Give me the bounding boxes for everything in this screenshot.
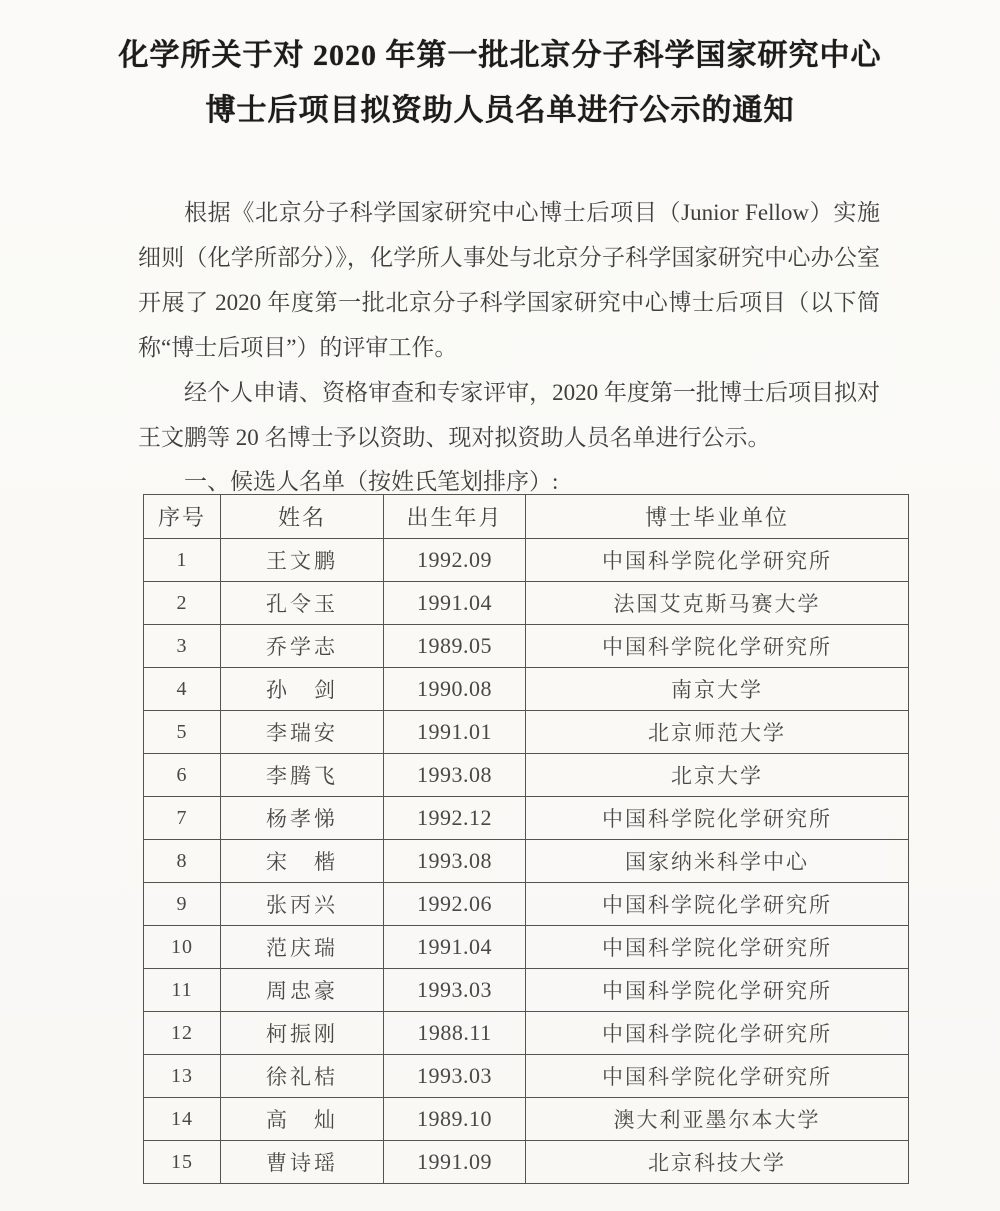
candidate-name: 徐礼桔 — [221, 1055, 384, 1098]
phd-institution: 中国科学院化学研究所 — [526, 883, 909, 926]
candidate-name: 张丙兴 — [221, 883, 384, 926]
birth-date: 1991.09 — [384, 1141, 526, 1184]
row-index: 9 — [144, 883, 221, 926]
document-body: 根据《北京分子科学国家研究中心博士后项目（Junior Fellow）实施细则（… — [138, 190, 880, 504]
row-index: 5 — [144, 711, 221, 754]
phd-institution: 中国科学院化学研究所 — [526, 539, 909, 582]
candidate-name: 周忠豪 — [221, 969, 384, 1012]
table-row: 8宋 楷1993.08国家纳米科学中心 — [144, 840, 909, 883]
birth-date: 1993.03 — [384, 1055, 526, 1098]
table-row: 6李腾飞1993.08北京大学 — [144, 754, 909, 797]
column-header-candidate-name: 姓名 — [221, 495, 384, 539]
phd-institution: 中国科学院化学研究所 — [526, 926, 909, 969]
phd-institution: 北京科技大学 — [526, 1141, 909, 1184]
birth-date: 1991.01 — [384, 711, 526, 754]
row-index: 15 — [144, 1141, 221, 1184]
title-line-1: 化学所关于对 2020 年第一批北京分子科学国家研究中心 — [119, 39, 882, 72]
table-row: 9张丙兴1992.06中国科学院化学研究所 — [144, 883, 909, 926]
title-line-2: 博士后项目拟资助人员名单进行公示的通知 — [206, 94, 795, 127]
row-index: 2 — [144, 582, 221, 625]
table-row: 12柯振刚1988.11中国科学院化学研究所 — [144, 1012, 909, 1055]
table-row: 2孔令玉1991.04法国艾克斯马赛大学 — [144, 582, 909, 625]
candidate-name: 范庆瑞 — [221, 926, 384, 969]
phd-institution: 中国科学院化学研究所 — [526, 1012, 909, 1055]
row-index: 13 — [144, 1055, 221, 1098]
column-header-phd-institution: 博士毕业单位 — [526, 495, 909, 539]
paragraph-basis: 根据《北京分子科学国家研究中心博士后项目（Junior Fellow）实施细则（… — [138, 190, 880, 370]
table-row: 1王文鹏1992.09中国科学院化学研究所 — [144, 539, 909, 582]
phd-institution: 中国科学院化学研究所 — [526, 625, 909, 668]
document-title: 化学所关于对 2020 年第一批北京分子科学国家研究中心 博士后项目拟资助人员名… — [0, 28, 1000, 138]
scanned-document-page: 化学所关于对 2020 年第一批北京分子科学国家研究中心 博士后项目拟资助人员名… — [0, 0, 1000, 1211]
table-header: 序号姓名出生年月博士毕业单位 — [144, 495, 909, 539]
birth-date: 1989.10 — [384, 1098, 526, 1141]
row-index: 1 — [144, 539, 221, 582]
birth-date: 1993.08 — [384, 840, 526, 883]
row-index: 6 — [144, 754, 221, 797]
table-header-row: 序号姓名出生年月博士毕业单位 — [144, 495, 909, 539]
phd-institution: 国家纳米科学中心 — [526, 840, 909, 883]
birth-date: 1991.04 — [384, 926, 526, 969]
table-row: 13徐礼桔1993.03中国科学院化学研究所 — [144, 1055, 909, 1098]
candidate-name: 李瑞安 — [221, 711, 384, 754]
phd-institution: 北京师范大学 — [526, 711, 909, 754]
candidate-name: 孔令玉 — [221, 582, 384, 625]
phd-institution: 中国科学院化学研究所 — [526, 969, 909, 1012]
phd-institution: 中国科学院化学研究所 — [526, 1055, 909, 1098]
table-row: 14高 灿1989.10澳大利亚墨尔本大学 — [144, 1098, 909, 1141]
row-index: 7 — [144, 797, 221, 840]
phd-institution: 法国艾克斯马赛大学 — [526, 582, 909, 625]
table-row: 5李瑞安1991.01北京师范大学 — [144, 711, 909, 754]
phd-institution: 北京大学 — [526, 754, 909, 797]
birth-date: 1991.04 — [384, 582, 526, 625]
birth-date: 1990.08 — [384, 668, 526, 711]
candidate-name: 高 灿 — [221, 1098, 384, 1141]
table-row: 3乔学志1989.05中国科学院化学研究所 — [144, 625, 909, 668]
birth-date: 1992.12 — [384, 797, 526, 840]
birth-date: 1992.09 — [384, 539, 526, 582]
candidates-table: 序号姓名出生年月博士毕业单位 1王文鹏1992.09中国科学院化学研究所2孔令玉… — [143, 494, 909, 1184]
row-index: 4 — [144, 668, 221, 711]
row-index: 8 — [144, 840, 221, 883]
column-header-birth-date: 出生年月 — [384, 495, 526, 539]
column-header-row-index: 序号 — [144, 495, 221, 539]
birth-date: 1993.08 — [384, 754, 526, 797]
candidate-name: 李腾飞 — [221, 754, 384, 797]
table-body: 1王文鹏1992.09中国科学院化学研究所2孔令玉1991.04法国艾克斯马赛大… — [144, 539, 909, 1184]
birth-date: 1988.11 — [384, 1012, 526, 1055]
candidate-name: 王文鹏 — [221, 539, 384, 582]
row-index: 3 — [144, 625, 221, 668]
table-row: 10范庆瑞1991.04中国科学院化学研究所 — [144, 926, 909, 969]
row-index: 12 — [144, 1012, 221, 1055]
row-index: 14 — [144, 1098, 221, 1141]
birth-date: 1993.03 — [384, 969, 526, 1012]
paragraph-result: 经个人申请、资格审查和专家评审，2020 年度第一批博士后项目拟对王文鹏等 20… — [138, 370, 880, 460]
birth-date: 1989.05 — [384, 625, 526, 668]
table-row: 15曹诗瑶1991.09北京科技大学 — [144, 1141, 909, 1184]
table-row: 4孙 剑1990.08南京大学 — [144, 668, 909, 711]
table-row: 11周忠豪1993.03中国科学院化学研究所 — [144, 969, 909, 1012]
phd-institution: 南京大学 — [526, 668, 909, 711]
candidate-name: 宋 楷 — [221, 840, 384, 883]
birth-date: 1992.06 — [384, 883, 526, 926]
candidate-name: 柯振刚 — [221, 1012, 384, 1055]
table-row: 7杨孝悌1992.12中国科学院化学研究所 — [144, 797, 909, 840]
phd-institution: 中国科学院化学研究所 — [526, 797, 909, 840]
candidate-name: 曹诗瑶 — [221, 1141, 384, 1184]
row-index: 10 — [144, 926, 221, 969]
candidate-name: 孙 剑 — [221, 668, 384, 711]
candidate-name: 杨孝悌 — [221, 797, 384, 840]
candidate-name: 乔学志 — [221, 625, 384, 668]
phd-institution: 澳大利亚墨尔本大学 — [526, 1098, 909, 1141]
row-index: 11 — [144, 969, 221, 1012]
